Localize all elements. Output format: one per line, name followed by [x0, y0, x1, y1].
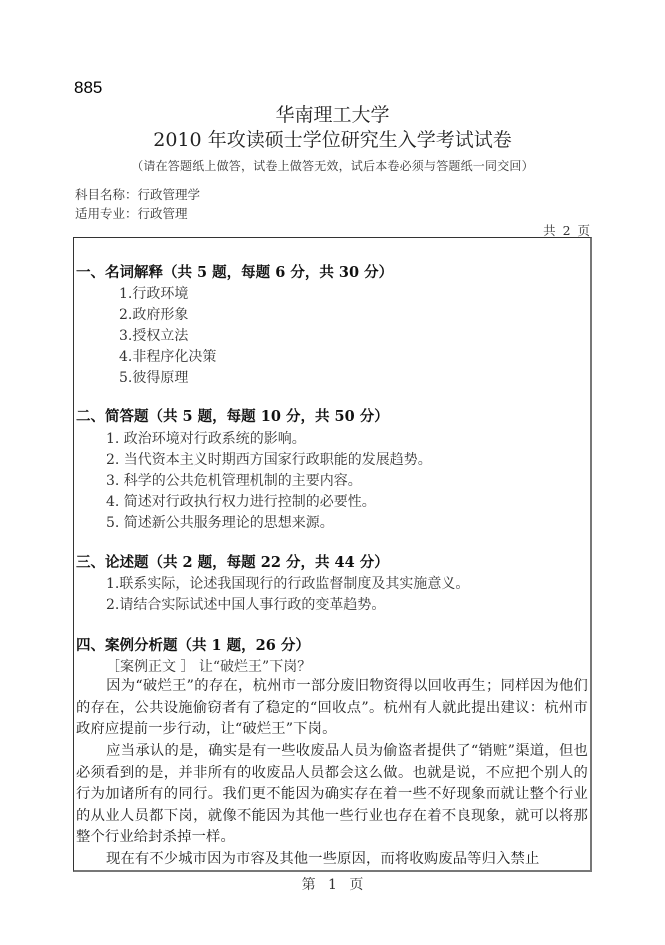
- subject-name: 科目名称：行政管理学: [75, 185, 200, 203]
- exam-notice: （请在答题纸上做答，试卷上做答无效，试后本卷必须与答题纸一同交回）: [0, 157, 665, 174]
- short-answer-item: 4. 简述对行政执行权力进行控制的必要性。: [106, 491, 376, 511]
- term-item: 5.彼得原理: [119, 367, 188, 387]
- university-name: 华南理工大学: [0, 100, 665, 127]
- section-heading-2: 二、简答题（共 5 题，每题 10 分，共 50 分）: [76, 405, 389, 426]
- essay-item: 1.联系实际，论述我国现行的行政监督制度及其实施意义。: [106, 573, 469, 593]
- case-paragraph: 因为“破烂王”的存在，杭州市一部分废旧物资得以回收再生；同样因为他们的存在，公共…: [76, 676, 588, 741]
- term-item: 3.授权立法: [119, 325, 188, 345]
- exam-title: 2010 年攻读硕士学位研究生入学考试试卷: [0, 125, 665, 152]
- case-title: ［案例正文 ］ 让“破烂王”下岗？: [106, 656, 311, 676]
- exam-code: 885: [74, 78, 102, 98]
- short-answer-item: 5. 简述新公共服务理论的思想来源。: [106, 512, 334, 532]
- short-answer-item: 1. 政治环境对行政系统的影响。: [106, 428, 306, 448]
- short-answer-item: 2. 当代资本主义时期西方国家行政职能的发展趋势。: [106, 449, 432, 469]
- section-heading-3: 三、论述题（共 2 题，每题 22 分，共 44 分）: [76, 551, 389, 572]
- page-number: 第 1 页: [0, 874, 665, 894]
- applicable-major: 适用专业：行政管理: [75, 204, 188, 222]
- term-item: 1.行政环境: [119, 283, 188, 303]
- case-paragraph: 应当承认的是，确实是有一些收废品人员为偷盗者提供了“销赃”渠道，但也必须看到的是…: [76, 741, 588, 849]
- case-paragraph: 现在有不少城市因为市容及其他一些原因，而将收购废品等归入禁止: [76, 849, 588, 871]
- term-item: 4.非程序化决策: [119, 346, 216, 366]
- question-box: 一、名词解释（共 5 题，每题 6 分，共 30 分） 1.行政环境 2.政府形…: [73, 237, 592, 872]
- section-heading-1: 一、名词解释（共 5 题，每题 6 分，共 30 分）: [76, 261, 393, 282]
- short-answer-item: 3. 科学的公共危机管理机制的主要内容。: [106, 470, 362, 490]
- essay-item: 2.请结合实际试述中国人事行政的变革趋势。: [106, 594, 385, 614]
- section-heading-4: 四、案例分析题（共 1 题，26 分）: [76, 634, 310, 655]
- term-item: 2.政府形象: [119, 304, 188, 324]
